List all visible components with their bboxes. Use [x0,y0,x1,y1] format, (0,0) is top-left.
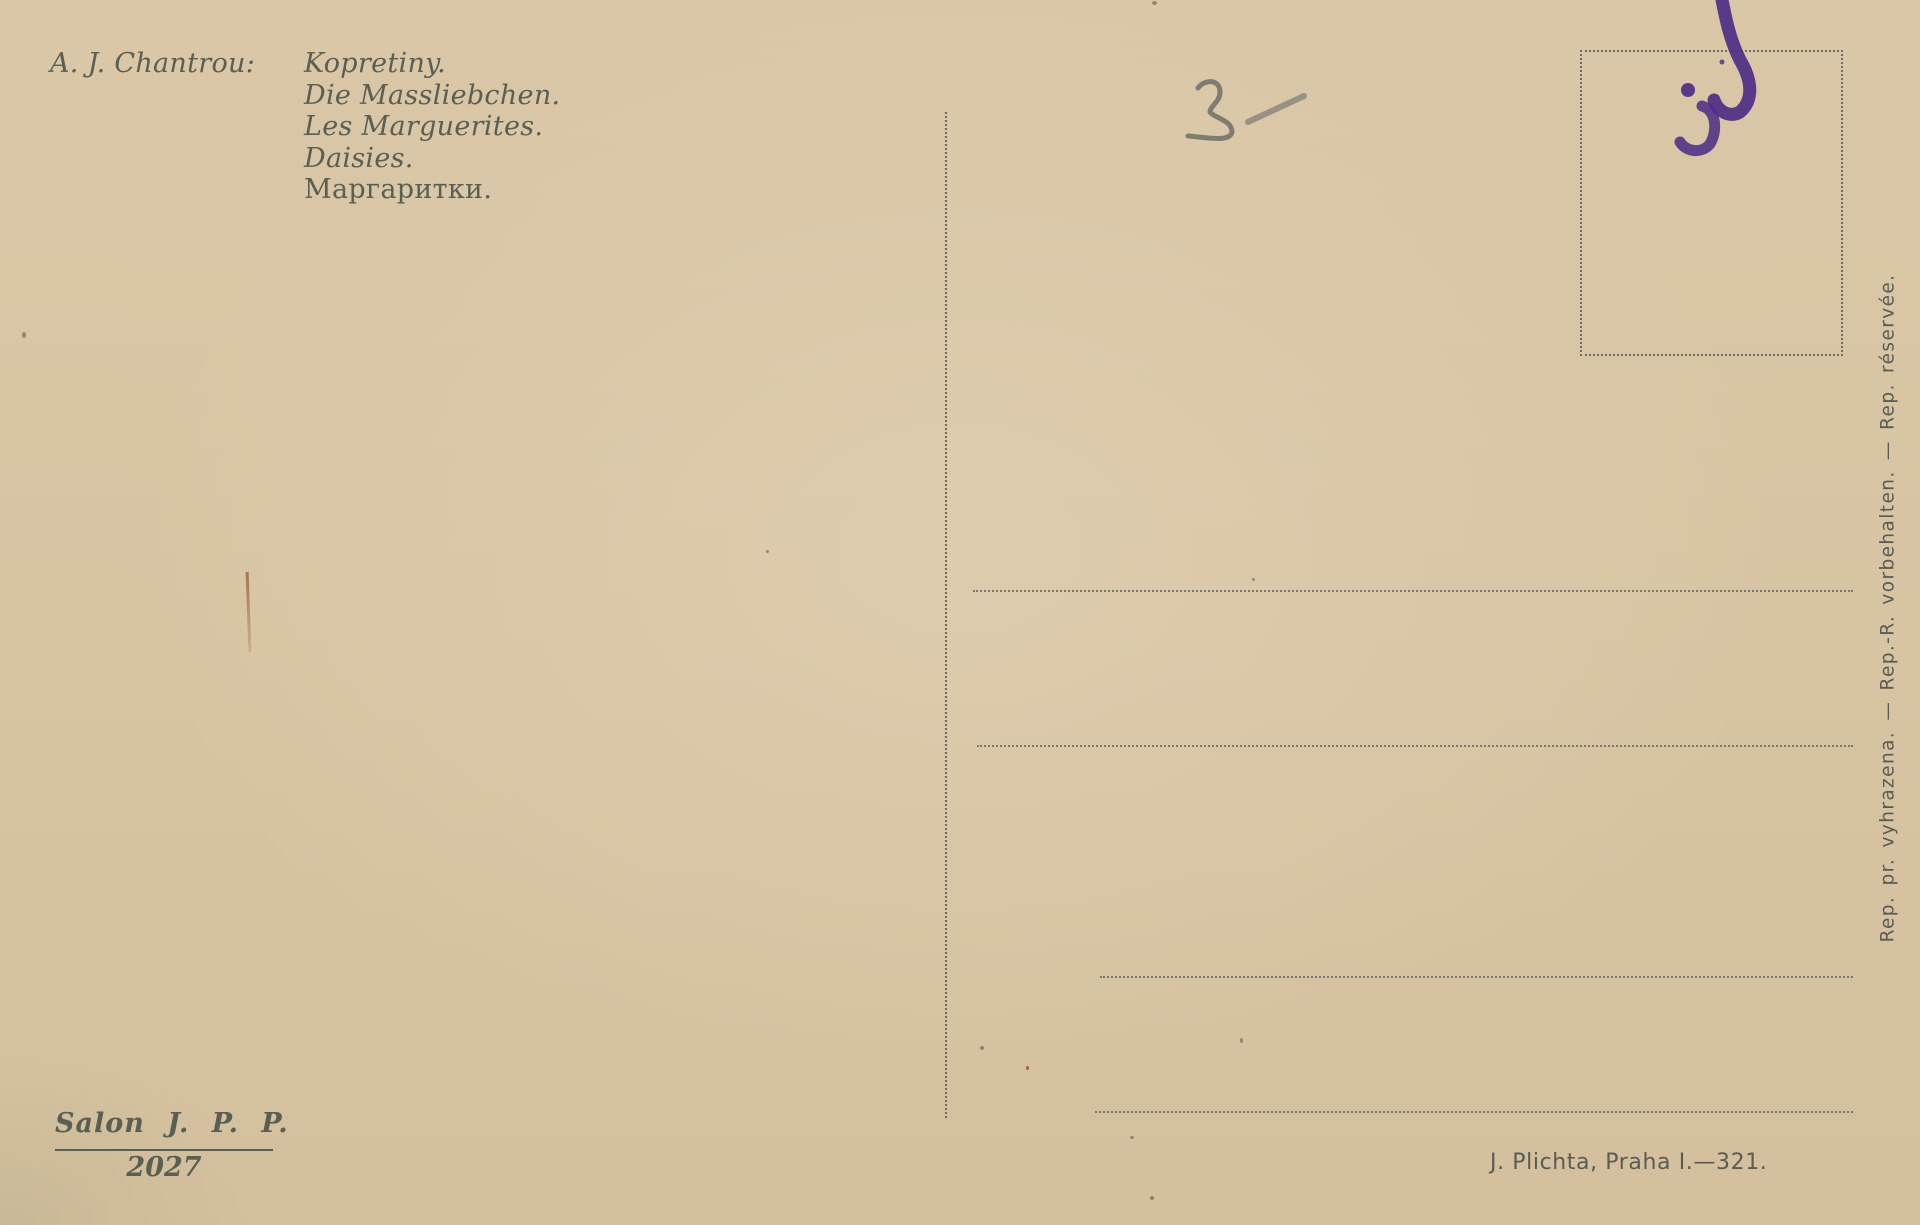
publisher-salon: Salon J. P. P. [55,1108,289,1139]
title-czech: Kopretiny. [304,48,560,80]
violet-ink-mark [1670,0,1790,160]
series-number: 2027 [55,1152,273,1183]
title-german: Die Massliebchen. [304,80,560,112]
address-line-3 [1100,976,1853,978]
address-line-2 [977,745,1853,747]
pencil-note-3 [1180,74,1320,154]
rights-notice: Rep. pr. vyhrazena. — Rep.-R. vorbehalte… [1878,274,1899,943]
paper-speck [1130,1136,1134,1139]
printer-imprint: J. Plichta, Praha I.—321. [1490,1150,1767,1175]
paper-speck [1152,1,1157,5]
paper-speck [1150,1196,1154,1200]
postcard-back: A. J. Chantrou: Kopretiny. Die Massliebc… [0,0,1920,1225]
title-french: Les Marguerites. [304,111,560,143]
publisher-rule [55,1149,273,1151]
paper-speck [1026,1066,1029,1070]
title-english: Daisies. [304,143,560,175]
paper-speck [766,550,769,553]
red-fiber-mark [246,572,252,652]
title-list: Kopretiny. Die Massliebchen. Les Marguer… [304,48,560,206]
paper-speck [980,1046,984,1050]
paper-speck [1252,578,1255,581]
address-line-1 [973,590,1853,592]
address-line-4 [1095,1111,1853,1113]
center-divider [945,112,947,1118]
paper-speck [22,332,26,338]
paper-speck [1240,1038,1243,1043]
title-russian: Маргаритки. [304,174,560,206]
artist-name: A. J. Chantrou: [50,48,255,80]
